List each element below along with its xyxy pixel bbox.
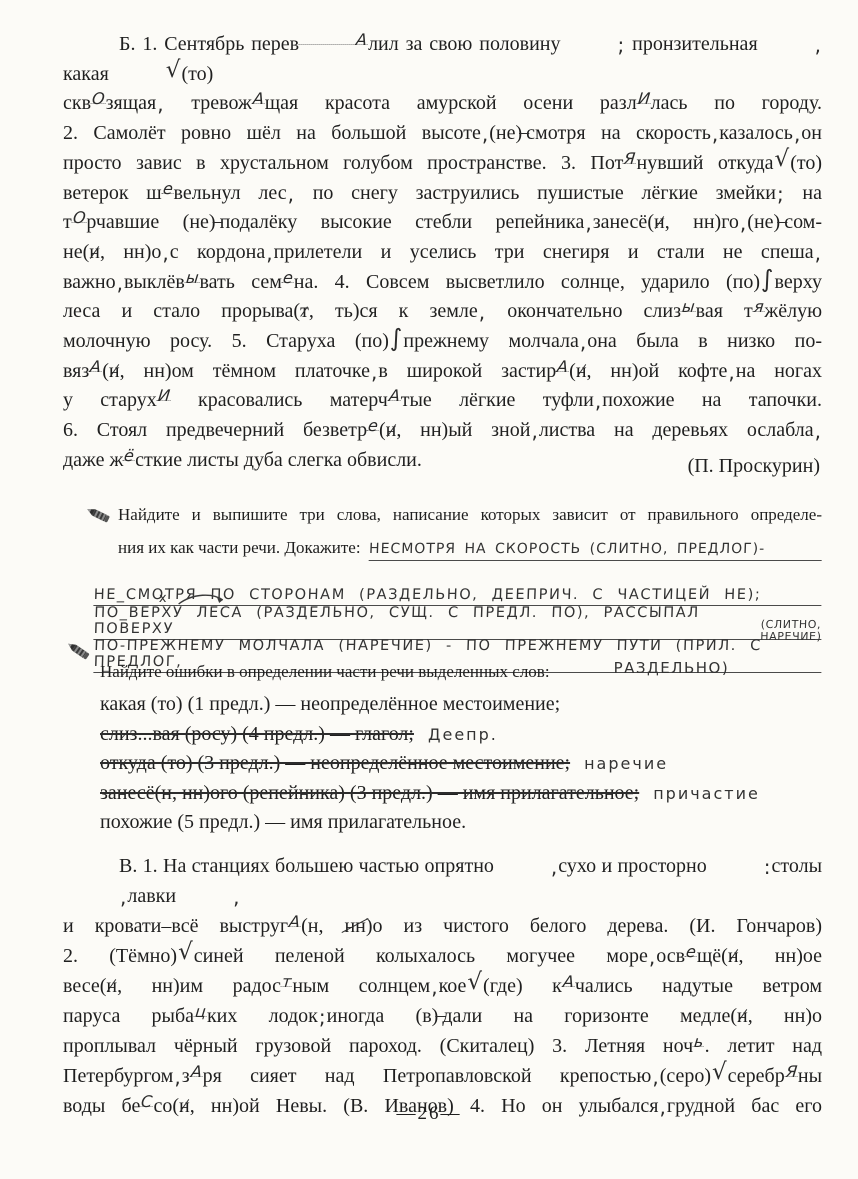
hand-punctuation: ;	[562, 41, 625, 49]
hand-punctuation: ,	[531, 427, 537, 435]
print-text: пронзительная	[625, 33, 757, 55]
print-text: выклёв	[124, 271, 185, 293]
hand-letter: И	[156, 392, 171, 401]
print-text: (серо)	[660, 1065, 711, 1087]
print-text: . летит над	[705, 1035, 822, 1057]
print-text: рчавшие (не)	[86, 211, 215, 233]
print-text: жёлую	[764, 300, 822, 322]
text-line: тОрчавшие (не)–подалёку высокие стебли р…	[63, 208, 822, 238]
print-text: вать сем	[199, 271, 281, 293]
hand-punctuation: ,	[266, 249, 272, 257]
task2-item: откуда (то) (3 предл.) — неопределённое …	[100, 749, 822, 779]
hand-punctuation: ,	[712, 130, 718, 138]
hand-check-mark: √	[110, 66, 181, 74]
hand-punctuation: ,	[162, 249, 168, 257]
task2-item-text: слиз...вая (росу) (4 предл.) — глагол;	[100, 723, 414, 745]
hand-punctuation: ,	[585, 219, 591, 227]
hand-punctuation: ,	[740, 219, 746, 227]
print-text: (	[379, 419, 386, 441]
page-number: —26—	[0, 1103, 858, 1125]
hand-letter: е	[281, 274, 294, 283]
task2-item: занесё(н, нн)ого (репейника) (3 предл.) …	[100, 779, 822, 809]
hand-punctuation: ,	[479, 308, 485, 316]
print-text: в широкой застир	[378, 360, 556, 382]
hand-letter: т	[281, 978, 293, 987]
print-text: по снегу заструились пушистые лёгкие зме…	[295, 182, 776, 204]
text-line: у старухИ красовались матерчАтые лёгкие …	[63, 386, 822, 416]
text-line: и кровати–всё выстругА(н, нн)о из чистог…	[63, 911, 822, 941]
crossed-option: т	[300, 297, 309, 327]
print-text: вельнул лес	[174, 182, 287, 204]
print-text: , нн)ом тёмном платочке	[120, 360, 370, 382]
hand-letter: Я	[784, 1068, 798, 1077]
print-text: просто завис в хрустальном голубом прост…	[63, 152, 623, 174]
print-text: зящая	[106, 92, 157, 114]
hand-punctuation: :	[708, 863, 771, 871]
print-text: (не)	[747, 211, 780, 233]
hand-punctuation: ,	[652, 1073, 658, 1081]
task2-item-text: занесё(н, нн)ого (репейника) (3 предл.) …	[100, 782, 639, 804]
print-text: дали на горизонте медле(	[442, 1005, 737, 1027]
print-text: 6. Стоял предвечерний безветр	[63, 419, 367, 441]
hand-letter: е	[685, 948, 698, 957]
print-text: столы	[772, 855, 823, 877]
author-attribution: (П. Проскурин)	[688, 455, 820, 478]
print-text: кое	[439, 975, 467, 997]
hand-letter: А	[251, 95, 265, 104]
print-text: подалёку высокие стебли репейника	[220, 211, 585, 233]
task1-prompt-line1: Найдите и выпишите три слова, написание …	[118, 505, 822, 525]
print-text: проплывал чёрный грузовой пароход. (Скит…	[63, 1035, 693, 1057]
task1-answer-inline: НЕСМОТРЯ НА СКОРОСТЬ (СЛИТНО, ПРЕДЛОГ)-	[368, 541, 822, 561]
hand-insert-mark: ∫	[390, 334, 403, 342]
task2-prompt: Найдите ошибки в определении части речи …	[100, 662, 550, 682]
hand-punctuation: ,	[794, 130, 800, 138]
print-text: чались надутые ветром	[575, 975, 822, 997]
text-line: В. 1. На станциях большею частью опрятно…	[63, 851, 822, 911]
crossed-option: н	[386, 416, 397, 446]
print-text: прежнему молчала	[403, 330, 578, 352]
hand-check-mark: √	[467, 978, 482, 986]
hand-punctuation: ;	[777, 190, 784, 198]
print-text: (то)	[790, 152, 822, 174]
text-line: сквОзящая, тревожАщая красота амурской о…	[63, 89, 822, 119]
crossed-option: н	[109, 357, 120, 387]
print-text: на ногах	[736, 360, 822, 382]
print-text: нувший откуда	[636, 152, 773, 174]
print-text: и кровати–всё выструг	[63, 915, 288, 937]
print-text: з	[182, 1065, 190, 1087]
hand-punctuation: ,	[815, 249, 821, 257]
hand-letter: ы	[184, 274, 200, 283]
crossed-option: н	[737, 1001, 748, 1031]
print-text: сткие листы дуба слегка обвисли.	[135, 449, 422, 471]
task1-answer-line-2-text: ПО_ВЕРХУ ЛЕСА (РАЗДЕЛЬНО, СУЩ. С ПРЕДЛ. …	[93, 605, 755, 637]
note-top: (СЛИТНО,	[761, 619, 823, 631]
hand-punctuation: ,	[157, 100, 163, 108]
task2-item-correction: Деепр.	[428, 725, 498, 744]
text-line: весе(н, нн)им радостным солнцем,кое√(где…	[63, 971, 822, 1001]
print-text: , нн)о	[748, 1005, 822, 1027]
hand-join-mark: –	[777, 207, 787, 237]
hand-insert-mark: ∫	[761, 275, 774, 283]
print-text: сухо и просторно	[558, 855, 706, 877]
text-line: Б. 1. Сентябрь перевАлил за свою половин…	[63, 30, 822, 89]
text-line: Петербургом,зАря сияет над Петропавловск…	[63, 1061, 822, 1091]
task2-item-correction: наречие	[584, 754, 668, 773]
print-text: осв	[656, 945, 685, 967]
pencil-icon	[84, 502, 114, 528]
task1-prompt-line2: ния их как части речи. Докажите: НЕСМОТР…	[118, 538, 822, 561]
print-text: В. 1. На станциях большею частью опрятно	[119, 855, 494, 877]
hand-letter: е	[367, 422, 380, 431]
print-text: Б. 1. Сентябрь перев	[119, 33, 299, 55]
dependency-arrow-icon	[177, 592, 229, 606]
print-text: серебр	[728, 1065, 785, 1087]
task2-item-correction: причастие	[653, 784, 760, 803]
hand-letter: Я	[623, 155, 637, 164]
hand-punctuation: ;	[319, 1013, 326, 1021]
print-text: )о из чистого белого дерева. (И. Гончаро…	[366, 915, 822, 937]
print-text: она была в низко по-	[587, 330, 822, 352]
hand-letter: А	[299, 36, 369, 45]
text-line: важно,выклёвывать семена. 4. Совсем высв…	[63, 268, 822, 298]
print-text: листва на деревьях ослабла	[539, 419, 814, 441]
print-text: Петербургом	[63, 1065, 173, 1087]
print-text: , нн)ое	[739, 945, 822, 967]
hand-letter: О	[91, 95, 107, 104]
hand-punctuation: ,	[495, 863, 557, 871]
print-text: (то)	[181, 63, 213, 85]
hand-letter: И	[636, 95, 651, 104]
print-text: леса и стало прорыва(	[63, 300, 300, 322]
hand-punctuation: ,	[728, 368, 734, 376]
hand-punctuation: ,	[649, 953, 655, 961]
print-text: с кордона	[170, 241, 265, 263]
hand-punctuation: ,	[288, 190, 294, 198]
task2-item: похожие (5 предл.) — имя прилагательное.	[100, 808, 822, 838]
print-text: щё(	[697, 945, 728, 967]
text-line: паруса рыбацких лодок;иногда (в)–дали на…	[63, 1001, 822, 1031]
print-text: на. 4. Совсем высветлило солнце, ударило…	[294, 271, 760, 293]
print-text: прилетели и уселись три снегиря и стали …	[274, 241, 814, 263]
hand-punctuation: ,	[64, 893, 126, 901]
print-text: (	[102, 360, 109, 382]
crossed-option: н	[728, 941, 739, 971]
crossed-option: н	[576, 357, 587, 387]
print-text: синей пеленой колыхалось могучее море	[194, 945, 648, 967]
hand-letter: ь	[693, 1038, 705, 1047]
print-text: окончательно слиз	[486, 300, 681, 322]
text-line: проплывал чёрный грузовой пароход. (Скит…	[63, 1031, 822, 1061]
task2-item-text: откуда (то) (3 предл.) — неопределённое …	[100, 752, 570, 774]
hand-punctuation: ,	[482, 130, 488, 138]
print-text: щая красота амурской осени разл	[265, 92, 637, 114]
hand-punctuation: ,	[580, 338, 586, 346]
print-text: 2. Самолёт ровно шёл на большой высоте	[63, 122, 481, 144]
print-text: похожие на тапочки.	[602, 389, 822, 411]
print-text: , нн)ой кофте	[587, 360, 728, 382]
dependency-head-mark: х	[159, 591, 167, 606]
print-text: , ть)ся к земле	[309, 300, 478, 322]
print-text: , нн)им радос	[117, 975, 281, 997]
hand-punctuation: ,	[177, 893, 239, 901]
print-text: лил за свою половину	[368, 33, 560, 55]
text-line: 2. Самолёт ровно шёл на большой высоте,(…	[63, 119, 822, 149]
text-line: леса и стало прорыва(т, ть)ся к земле, о…	[63, 297, 822, 327]
hand-punctuation: ,	[431, 983, 437, 991]
hand-letter: А	[556, 363, 570, 372]
print-text: (	[569, 360, 576, 382]
print-text: смотря на скорость	[526, 122, 711, 144]
hand-letter: А	[288, 918, 302, 927]
print-text: (не)	[489, 122, 522, 144]
print-text: (н,	[301, 915, 344, 937]
hand-letter: А	[89, 363, 103, 372]
exercise-b-paragraph: Б. 1. Сентябрь перевАлил за свою половин…	[63, 30, 822, 476]
task1-prompt-line2-text: ния их как части речи. Докажите:	[118, 538, 361, 561]
print-text: лавки	[127, 885, 176, 907]
print-text: лась по городу.	[651, 92, 822, 114]
hand-letter: ы	[681, 303, 697, 312]
hand-letter: О	[71, 214, 87, 223]
print-text: даже ж	[63, 449, 123, 471]
print-text: (где) к	[483, 975, 562, 997]
print-text: , нн)го	[665, 211, 739, 233]
hand-check-mark: √	[178, 948, 193, 956]
print-text: ких лодок	[207, 1005, 318, 1027]
print-text: ным солнцем	[292, 975, 430, 997]
print-text: паруса рыба	[63, 1005, 194, 1027]
hand-letter: А	[387, 392, 401, 401]
hand-punctuation: ,	[117, 279, 123, 287]
print-text: , нн)ый зной	[396, 419, 530, 441]
print-text: иногда (в)	[327, 1005, 439, 1027]
hand-punctuation: ,	[759, 41, 821, 49]
print-text: скв	[63, 92, 91, 114]
task2-hand-note: РАЗДЕЛЬНО)	[614, 659, 730, 679]
hand-punctuation: ,	[371, 368, 377, 376]
text-line: ветерок шевельнул лес, по снегу заструил…	[63, 179, 822, 209]
hand-check-mark: √	[712, 1068, 727, 1076]
print-text: ны	[798, 1065, 822, 1087]
print-text: молочную росу. 5. Старуха (по)	[63, 330, 389, 352]
hand-join-mark: –	[519, 118, 529, 148]
text-line: вязА(н, нн)ом тёмном платочке,в широкой …	[63, 357, 822, 387]
print-text: тревож	[165, 92, 252, 114]
print-text: какая	[63, 63, 109, 85]
hand-punctuation: ,	[174, 1073, 180, 1081]
exercise-v-paragraph: В. 1. На станциях большею частью опрятно…	[63, 851, 822, 1121]
task2-item-text: какая (то) (1 предл.) — неопределённое м…	[100, 693, 560, 715]
hand-punctuation: ,	[595, 397, 601, 405]
hand-letter: А	[561, 978, 575, 987]
print-text: занесё(	[593, 211, 654, 233]
hand-letter: е	[161, 185, 174, 194]
text-line: просто завис в хрустальном голубом прост…	[63, 149, 822, 179]
print-text: важно	[63, 271, 116, 293]
print-text: весе(	[63, 975, 106, 997]
text-line: 2. (Тёмно)√синей пеленой колыхалось могу…	[63, 941, 822, 971]
pencil-icon	[62, 636, 95, 666]
hand-letter: ц	[194, 1008, 208, 1017]
print-text: на	[785, 182, 822, 204]
task2-prompt-row: Найдите ошибки в определении части речи …	[100, 662, 822, 682]
print-text: 2. (Тёмно)	[63, 945, 177, 967]
hand-letter: я	[752, 303, 765, 312]
print-text: верху	[775, 271, 822, 293]
task2-items: какая (то) (1 предл.) — неопределённое м…	[100, 690, 822, 838]
print-text: он	[801, 122, 822, 144]
task2-item-text: похожие (5 предл.) — имя прилагательное.	[100, 811, 466, 833]
print-text: красовались матерч	[171, 389, 388, 411]
text-line: 6. Стоял предвечерний безветре(н, нн)ый …	[63, 416, 822, 446]
print-text: ря сияет над Петропавловской крепостью	[203, 1065, 652, 1087]
hand-letter: ё	[123, 452, 136, 461]
crossed-option: н	[654, 208, 665, 238]
hand-join-mark: –	[435, 1000, 445, 1030]
print-text: тые лёгкие туфли	[401, 389, 594, 411]
print-text: у старух	[63, 389, 157, 411]
print-text: не(	[63, 241, 89, 263]
print-text: вая т	[696, 300, 753, 322]
print-text: , нн)о	[100, 241, 161, 263]
print-text: казалось	[719, 122, 793, 144]
scanned-textbook-page: Б. 1. Сентябрь перевАлил за свою половин…	[0, 0, 858, 1179]
hand-check-mark: √	[775, 155, 790, 163]
crossed-option: нн	[344, 911, 365, 941]
task2-item: слиз...вая (росу) (4 предл.) — глагол;Де…	[100, 720, 822, 750]
crossed-option: н	[106, 971, 117, 1001]
text-line: молочную росу. 5. Старуха (по)∫прежнему …	[63, 327, 822, 357]
hand-letter: А	[189, 1068, 203, 1077]
print-text: вяз	[63, 360, 89, 382]
print-text: т	[63, 211, 72, 233]
hand-punctuation: ,	[815, 427, 821, 435]
text-line: не(н, нн)о,с кордона,прилетели и уселись…	[63, 238, 822, 268]
print-text: ветерок ш	[63, 182, 162, 204]
crossed-option: н	[89, 238, 100, 268]
task1-answer-line-2: ПО_ВЕРХУ ЛЕСА (РАЗДЕЛЬНО, СУЩ. С ПРЕДЛ. …	[93, 604, 822, 640]
hand-join-mark: –	[213, 207, 223, 237]
print-text: сом-	[784, 211, 822, 233]
task2-item: какая (то) (1 предл.) — неопределённое м…	[100, 690, 822, 720]
